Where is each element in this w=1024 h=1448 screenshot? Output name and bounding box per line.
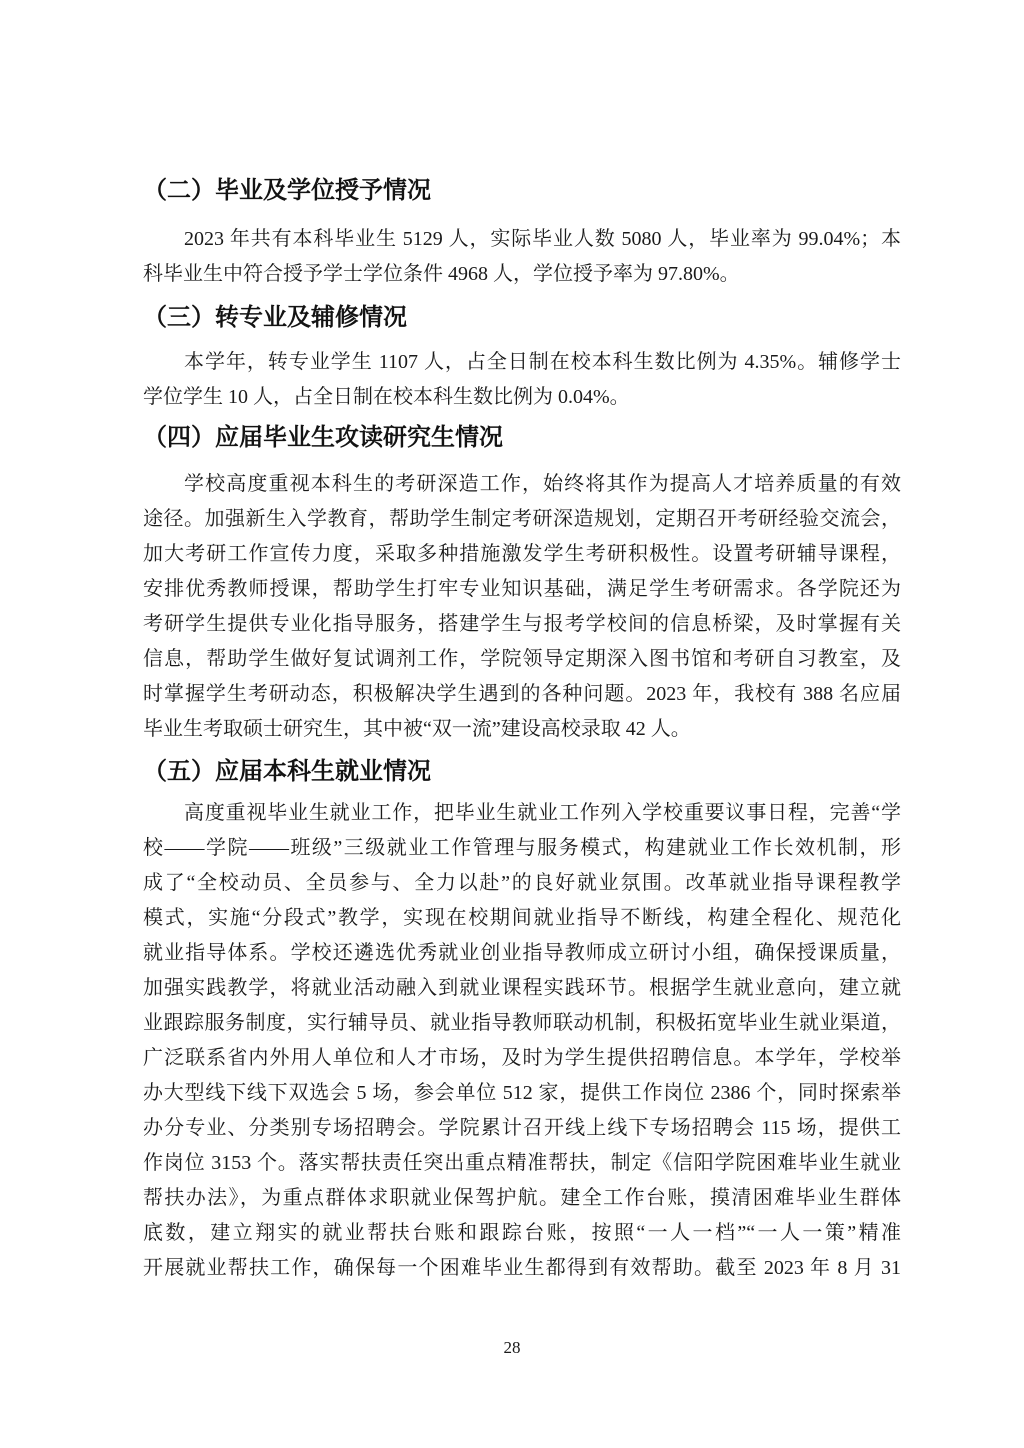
text-line: 作岗位 3153 个。落实帮扶责任突出重点精准帮扶，制定《信阳学院困难毕业生就业 <box>143 1146 901 1181</box>
text-line: 就业指导体系。学校还遴选优秀就业创业指导教师成立研讨小组，确保授课质量， <box>143 936 901 971</box>
text-line: 安排优秀教师授课，帮助学生打牢专业知识基础，满足学生考研需求。各学院还为 <box>143 572 901 607</box>
text-line: 开展就业帮扶工作，确保每一个困难毕业生都得到有效帮助。截至 2023 年 8 月… <box>143 1251 901 1286</box>
text-line: 加强实践教学，将就业活动融入到就业课程实践环节。根据学生就业意向，建立就 <box>143 971 901 1006</box>
text-line: 校——学院——班级”三级就业工作管理与服务模式，构建就业工作长效机制，形 <box>143 831 901 866</box>
paragraph: 本学年，转专业学生 1107 人，占全日制在校本科生数比例为 4.35%。辅修学… <box>143 345 901 415</box>
section-heading: （四）应届毕业生攻读研究生情况 <box>143 420 901 456</box>
text-line: 业跟踪服务制度，实行辅导员、就业指导教师联动机制，积极拓宽毕业生就业渠道， <box>143 1006 901 1041</box>
section-heading: （三）转专业及辅修情况 <box>143 300 901 336</box>
text-line: 办分专业、分类别专场招聘会。学院累计召开线上线下专场招聘会 115 场，提供工 <box>143 1111 901 1146</box>
text-line: 时掌握学生考研动态，积极解决学生遇到的各种问题。2023 年，我校有 388 名… <box>143 677 901 712</box>
text-line: 科毕业生中符合授予学士学位条件 4968 人，学位授予率为 97.80%。 <box>143 257 901 292</box>
section-heading: （二）毕业及学位授予情况 <box>143 173 901 209</box>
section: （四）应届毕业生攻读研究生情况学校高度重视本科生的考研深造工作，始终将其作为提高… <box>143 420 901 747</box>
text-line: 信息，帮助学生做好复试调剂工作，学院领导定期深入图书馆和考研自习教室，及 <box>143 642 901 677</box>
text-line: 本学年，转专业学生 1107 人，占全日制在校本科生数比例为 4.35%。辅修学… <box>143 345 901 380</box>
text-line: 加大考研工作宣传力度，采取多种措施激发学生考研积极性。设置考研辅导课程， <box>143 537 901 572</box>
text-line: 学校高度重视本科生的考研深造工作，始终将其作为提高人才培养质量的有效 <box>143 467 901 502</box>
text-line: 底数，建立翔实的就业帮扶台账和跟踪台账，按照“一人一档”“一人一策”精准 <box>143 1216 901 1251</box>
text-line: 广泛联系省内外用人单位和人才市场，及时为学生提供招聘信息。本学年，学校举 <box>143 1041 901 1076</box>
paragraph: 2023 年共有本科毕业生 5129 人，实际毕业人数 5080 人，毕业率为 … <box>143 222 901 292</box>
section: （五）应届本科生就业情况高度重视毕业生就业工作，把毕业生就业工作列入学校重要议事… <box>143 754 901 1286</box>
text-line: 高度重视毕业生就业工作，把毕业生就业工作列入学校重要议事日程，完善“学 <box>143 796 901 831</box>
page-number: 28 <box>0 1337 1024 1359</box>
text-line: 模式，实施“分段式”教学，实现在校期间就业指导不断线，构建全程化、规范化 <box>143 901 901 936</box>
section: （三）转专业及辅修情况本学年，转专业学生 1107 人，占全日制在校本科生数比例… <box>143 300 901 415</box>
document-page: （二）毕业及学位授予情况2023 年共有本科毕业生 5129 人，实际毕业人数 … <box>0 0 1024 1448</box>
text-line: 学位学生 10 人，占全日制在校本科生数比例为 0.04%。 <box>143 380 901 415</box>
section: （二）毕业及学位授予情况2023 年共有本科毕业生 5129 人，实际毕业人数 … <box>143 173 901 292</box>
text-line: 成了“全校动员、全员参与、全力以赴”的良好就业氛围。改革就业指导课程教学 <box>143 866 901 901</box>
paragraph: 学校高度重视本科生的考研深造工作，始终将其作为提高人才培养质量的有效途径。加强新… <box>143 467 901 747</box>
paragraph: 高度重视毕业生就业工作，把毕业生就业工作列入学校重要议事日程，完善“学校——学院… <box>143 796 901 1286</box>
text-line: 办大型线下线下双选会 5 场，参会单位 512 家，提供工作岗位 2386 个，… <box>143 1076 901 1111</box>
text-line: 毕业生考取硕士研究生，其中被“双一流”建设高校录取 42 人。 <box>143 712 901 747</box>
text-line: 帮扶办法》，为重点群体求职就业保驾护航。建全工作台账，摸清困难毕业生群体 <box>143 1181 901 1216</box>
text-line: 途径。加强新生入学教育，帮助学生制定考研深造规划，定期召开考研经验交流会， <box>143 502 901 537</box>
document-content: （二）毕业及学位授予情况2023 年共有本科毕业生 5129 人，实际毕业人数 … <box>143 0 901 1286</box>
text-line: 2023 年共有本科毕业生 5129 人，实际毕业人数 5080 人，毕业率为 … <box>143 222 901 257</box>
section-heading: （五）应届本科生就业情况 <box>143 754 901 790</box>
text-line: 考研学生提供专业化指导服务，搭建学生与报考学校间的信息桥梁，及时掌握有关 <box>143 607 901 642</box>
